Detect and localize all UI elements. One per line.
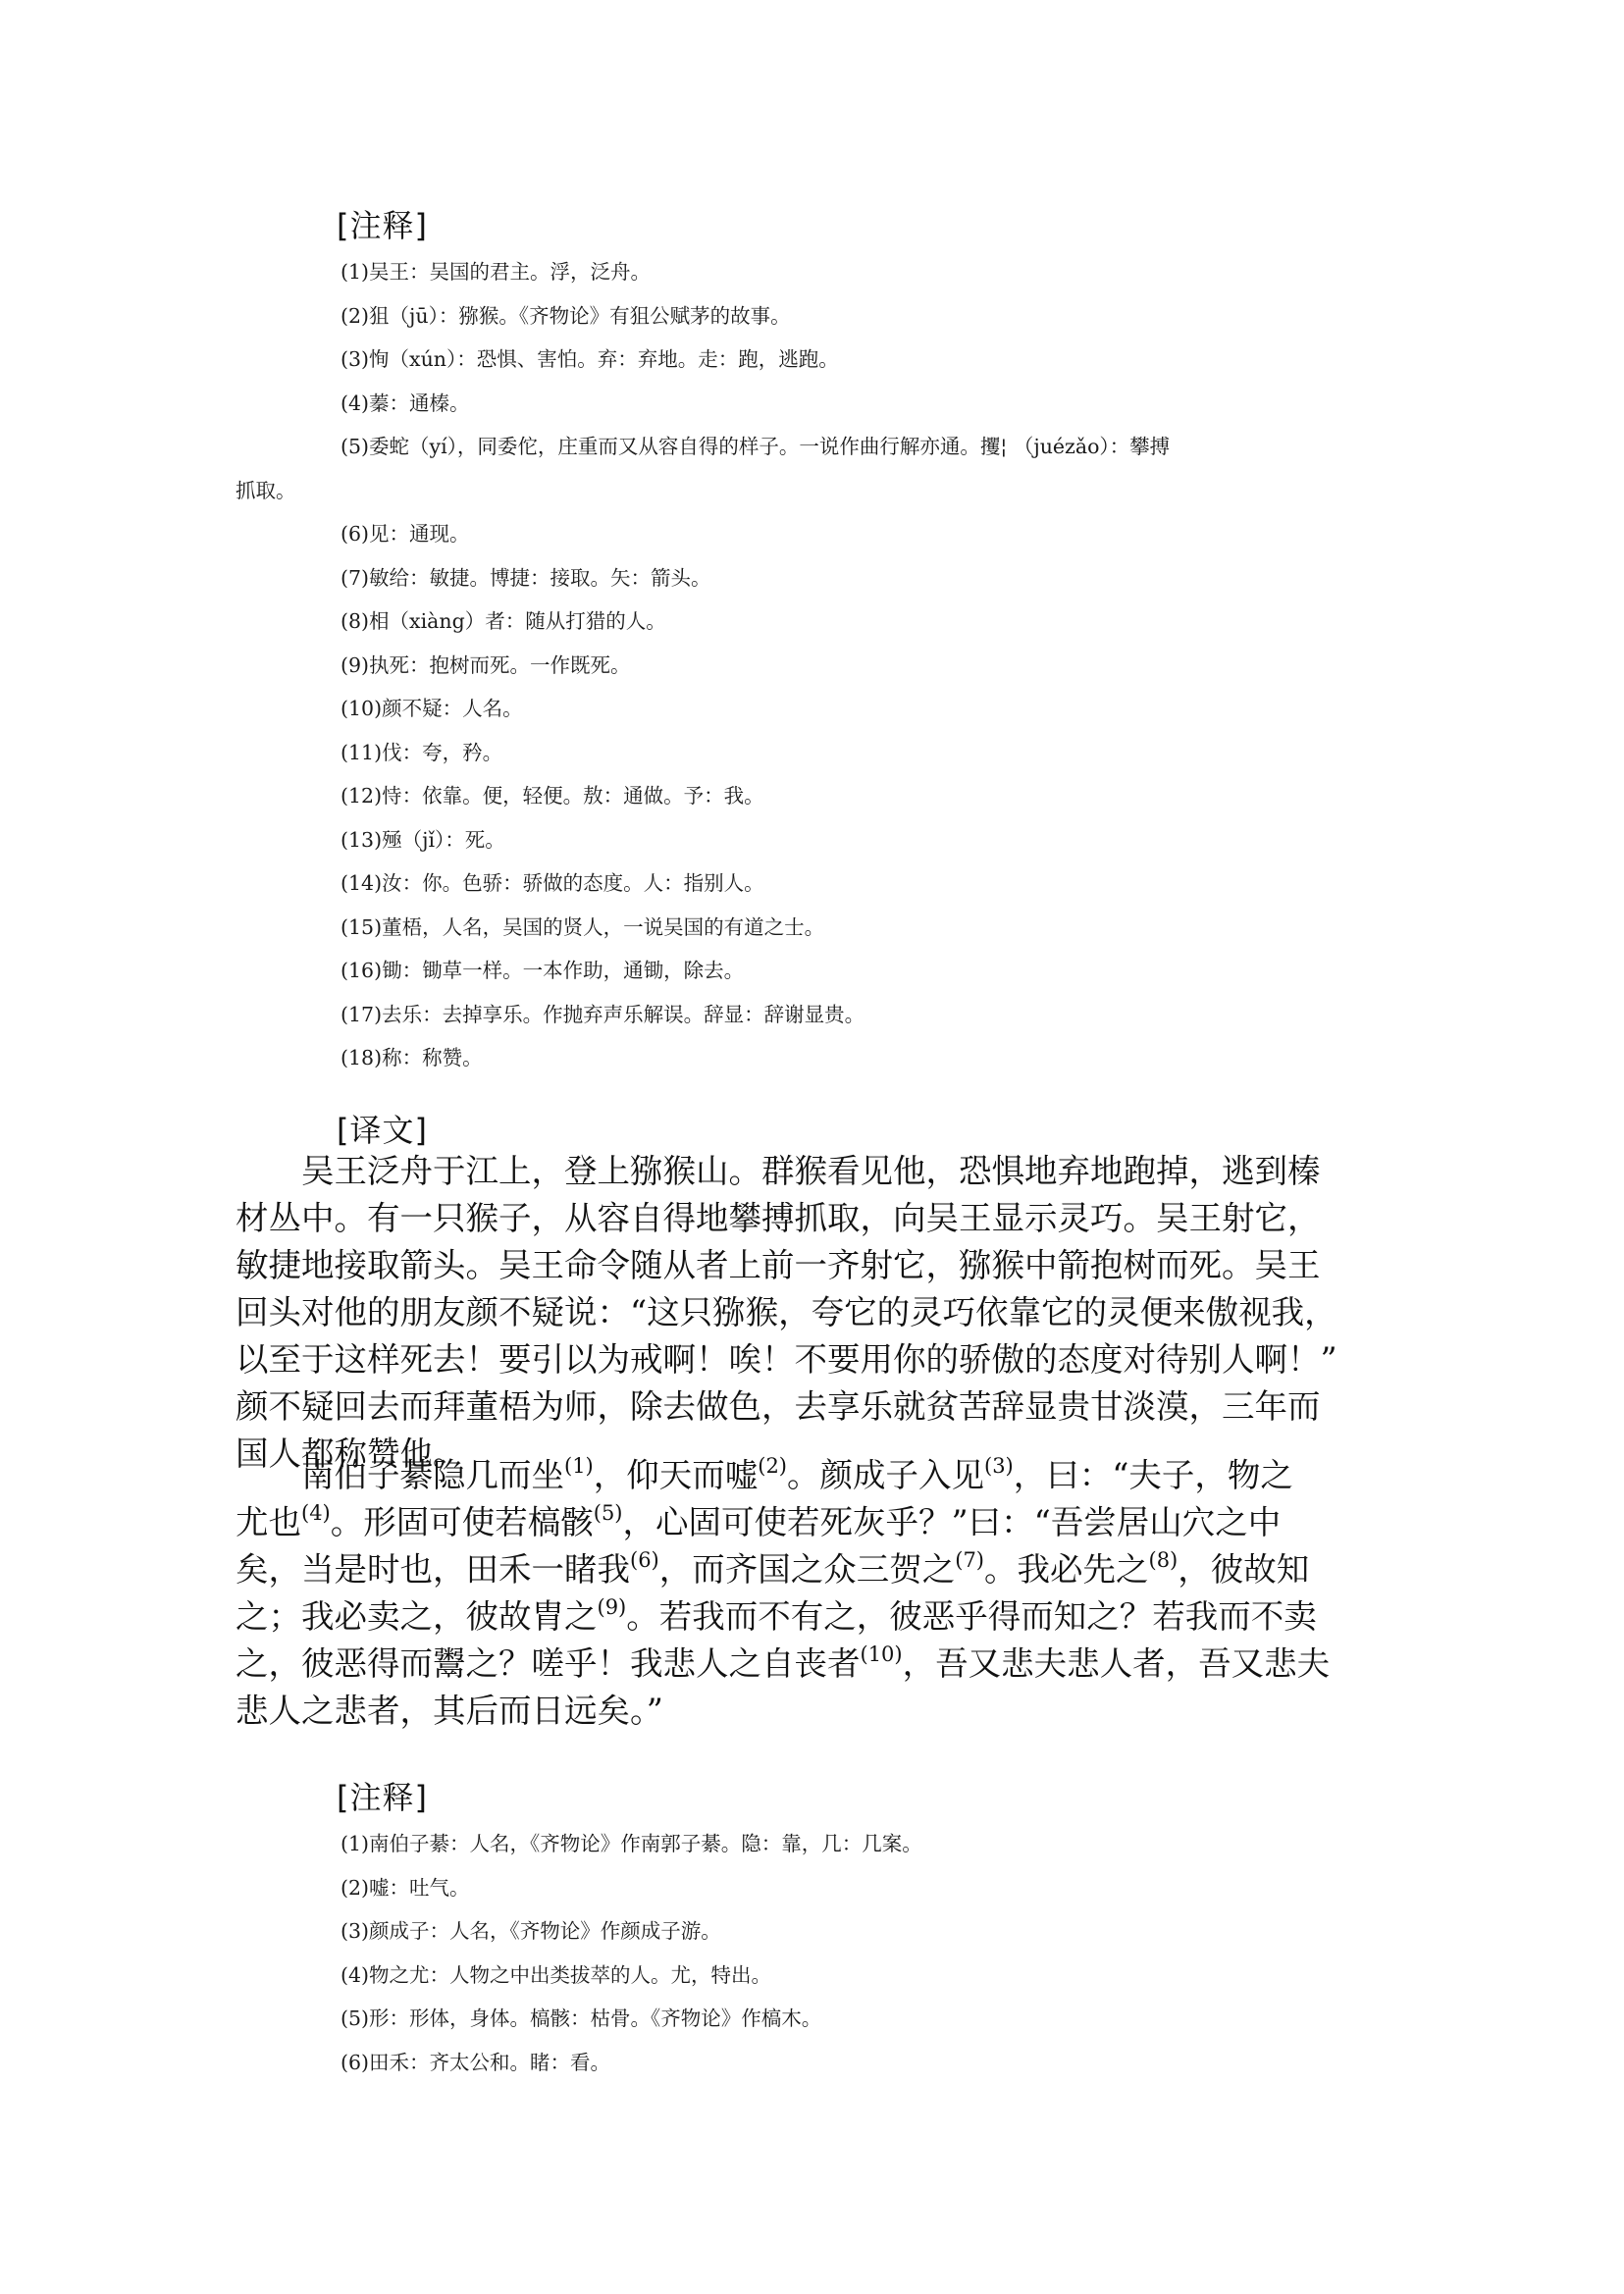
note-number: (4): [341, 391, 369, 415]
text-run: 。我必先之: [984, 1550, 1149, 1589]
text-run: 。形固可使若槁骸: [331, 1503, 594, 1541]
note-item: (4)蓁：通榛。: [236, 382, 1364, 426]
footnote-ref: (2): [758, 1454, 787, 1478]
translation-line: 敏捷地接取箭头。吴王命令随从者上前一齐射它，猕猴中箭抱树而死。吴王: [236, 1242, 1374, 1289]
note-item: (15)董梧，人名，吴国的贤人，一说吴国的有道之士。: [236, 906, 1364, 950]
note-number: (3): [341, 1919, 369, 1943]
note-number: (1): [341, 260, 369, 284]
footnote-ref: (10): [861, 1642, 903, 1666]
original-line: 之；我必卖之，彼故胄之(9)。若我而不有之，彼恶乎得而知之？若我而不卖: [236, 1593, 1374, 1641]
note-text: 吴王：吴国的君主。浮，泛舟。: [369, 260, 651, 284]
note-item: (9)执死：抱树而死。一作既死。: [236, 644, 1364, 688]
note-item: (6)田禾：齐太公和。睹：看。: [236, 2041, 1364, 2085]
note-number: (6): [341, 2051, 369, 2074]
note-text: 委蛇（yí），同委佗，庄重而又从容自得的样子。一说作曲行解亦通。攫¦ （juéz…: [369, 435, 1170, 458]
note-item: (5)委蛇（yí），同委佗，庄重而又从容自得的样子。一说作曲行解亦通。攫¦ （j…: [236, 425, 1364, 512]
text-run: 悲人之悲者，其后而日远矣。”: [236, 1692, 663, 1730]
note-item: (1)吴王：吴国的君主。浮，泛舟。: [236, 250, 1364, 294]
text-run: 矣，当是时也，田禾一睹我: [236, 1550, 630, 1589]
text-run: 。颜成子入见: [787, 1456, 984, 1494]
note-number: (11): [341, 741, 382, 764]
note-number: (5): [341, 2007, 369, 2030]
note-text: 物之尤：人物之中出类拔萃的人。尤，特出。: [369, 1963, 771, 1987]
original-line: 之，彼恶得而鬻之？嗟乎！我悲人之自丧者(10)，吾又悲夫悲人者，吾又悲夫: [236, 1641, 1374, 1688]
note-item: (13)殛（jǐ）：死。: [236, 818, 1364, 862]
translation-paragraph: 吴王泛舟于江上，登上猕猴山。群猴看见他，恐惧地弃地跑掉，逃到榛 材丛中。有一只猴…: [236, 1148, 1374, 1478]
note-item: (10)颜不疑：人名。: [236, 687, 1364, 731]
note-number: (17): [341, 1003, 382, 1026]
note-number: (13): [341, 828, 382, 852]
text-run: 。若我而不有之，彼恶乎得而知之？若我而不卖: [626, 1597, 1317, 1636]
note-text: 汝：你。色骄：骄做的态度。人：指别人。: [382, 871, 764, 895]
note-text: 恃：依靠。便，轻便。敖：通做。予：我。: [382, 784, 764, 808]
note-text: 田禾：齐太公和。睹：看。: [369, 2051, 610, 2074]
note-item: (3)颜成子：人名，《齐物论》作颜成子游。: [236, 1909, 1364, 1954]
note-item: (4)物之尤：人物之中出类拔萃的人。尤，特出。: [236, 1954, 1364, 1998]
note-text: 恂（xún）：恐惧、害怕。弃：弃地。走：跑，逃跑。: [369, 347, 839, 371]
note-item: (12)恃：依靠。便，轻便。敖：通做。予：我。: [236, 774, 1364, 818]
note-text: 敏给：敏捷。博捷：接取。矢：箭头。: [369, 566, 711, 590]
footnote-ref: (5): [594, 1501, 623, 1525]
note-text: 狙（jū）：猕猴。《齐物论》有狙公赋茅的故事。: [369, 304, 791, 328]
note-text: 颜不疑：人名。: [382, 697, 523, 720]
note-number: (1): [341, 1832, 369, 1855]
note-item: (16)锄：锄草一样。一本作助，通锄，除去。: [236, 949, 1364, 993]
note-text: 相（xiàng）者：随从打猎的人。: [369, 609, 666, 633]
notes-heading-2: [注释]: [337, 1773, 428, 1818]
note-text: 见：通现。: [369, 522, 470, 546]
note-text: 称：称赞。: [382, 1046, 483, 1069]
translation-line: 吴王泛舟于江上，登上猕猴山。群猴看见他，恐惧地弃地跑掉，逃到榛: [236, 1148, 1374, 1195]
note-number: (10): [341, 697, 382, 720]
document-page: [注释] (1)吴王：吴国的君主。浮，泛舟。 (2)狙（jū）：猕猴。《齐物论》…: [0, 0, 1624, 2294]
notes-list-2: (1)南伯子綦：人名，《齐物论》作南郭子綦。隐：靠，几：几案。 (2)嘘：吐气。…: [236, 1822, 1364, 2084]
note-number: (3): [341, 347, 369, 371]
note-number: (5): [341, 435, 369, 458]
note-number: (14): [341, 871, 382, 895]
original-line: 悲人之悲者，其后而日远矣。”: [236, 1688, 1374, 1735]
note-number: (4): [341, 1963, 369, 1987]
text-run: 之，彼恶得而鬻之？嗟乎！我悲人之自丧者: [236, 1644, 861, 1683]
footnote-ref: (1): [564, 1454, 594, 1478]
note-item: (17)去乐：去掉享乐。作抛弃声乐解误。辞显：辞谢显贵。: [236, 993, 1364, 1037]
note-text: 形：形体，身体。槁骸：枯骨。《齐物论》作槁木。: [369, 2007, 821, 2030]
text-run: 南伯子綦隐几而坐: [301, 1456, 564, 1494]
text-run: ，彼故知: [1178, 1550, 1309, 1589]
note-number: (9): [341, 653, 369, 677]
translation-line: 回头对他的朋友颜不疑说：“这只猕猴，夸它的灵巧依靠它的灵便来傲视我，: [236, 1289, 1374, 1336]
note-item: (2)狙（jū）：猕猴。《齐物论》有狙公赋茅的故事。: [236, 294, 1364, 339]
note-text: 蓁：通榛。: [369, 391, 470, 415]
note-text: 颜成子：人名，《齐物论》作颜成子游。: [369, 1919, 721, 1943]
original-line: 南伯子綦隐几而坐(1)，仰天而嘘(2)。颜成子入见(3)，曰：“夫子，物之: [236, 1452, 1374, 1499]
translation-line: 颜不疑回去而拜董梧为师，除去做色，去享乐就贫苦辞显贵甘淡漠，三年而: [236, 1383, 1374, 1431]
note-text: 去乐：去掉享乐。作抛弃声乐解误。辞显：辞谢显贵。: [382, 1003, 864, 1026]
note-number: (8): [341, 609, 369, 633]
footnote-ref: (7): [955, 1548, 984, 1572]
note-text: 南伯子綦：人名，《齐物论》作南郭子綦。隐：靠，几：几案。: [369, 1832, 922, 1855]
note-item: (3)恂（xún）：恐惧、害怕。弃：弃地。走：跑，逃跑。: [236, 338, 1364, 382]
note-number: (16): [341, 959, 382, 982]
footnote-ref: (8): [1149, 1548, 1179, 1572]
note-item: (14)汝：你。色骄：骄做的态度。人：指别人。: [236, 861, 1364, 906]
note-number: (12): [341, 784, 382, 808]
note-number: (2): [341, 1876, 369, 1900]
note-number: (2): [341, 304, 369, 328]
footnote-ref: (3): [984, 1454, 1014, 1478]
note-text: 殛（jǐ）：死。: [382, 828, 505, 852]
note-item: (1)南伯子綦：人名，《齐物论》作南郭子綦。隐：靠，几：几案。: [236, 1822, 1364, 1866]
text-run: 尤也: [236, 1503, 301, 1541]
text-run: ，心固可使若死灰乎？”曰：“吾尝居山穴之中: [623, 1503, 1282, 1541]
footnote-ref: (6): [630, 1548, 659, 1572]
note-text: 董梧，人名，吴国的贤人，一说吴国的有道之士。: [382, 915, 824, 939]
translation-line: 以至于这样死去！要引以为戒啊！唉！不要用你的骄傲的态度对待别人啊！”: [236, 1336, 1374, 1383]
text-run: ，吾又悲夫悲人者，吾又悲夫: [903, 1644, 1331, 1683]
note-text: 执死：抱树而死。一作既死。: [369, 653, 631, 677]
notes-heading-1: [注释]: [337, 201, 428, 246]
note-first-line: (5)委蛇（yí），同委佗，庄重而又从容自得的样子。一说作曲行解亦通。攫¦ （j…: [341, 425, 1364, 469]
notes-list-1: (1)吴王：吴国的君主。浮，泛舟。 (2)狙（jū）：猕猴。《齐物论》有狙公赋茅…: [236, 250, 1364, 1080]
note-text: 嘘：吐气。: [369, 1876, 470, 1900]
text-run: ，而齐国之众三贺之: [659, 1550, 956, 1589]
note-item: (8)相（xiàng）者：随从打猎的人。: [236, 600, 1364, 644]
text-run: ，仰天而嘘: [594, 1456, 759, 1494]
footnote-ref: (4): [301, 1501, 331, 1525]
original-text-paragraph: 南伯子綦隐几而坐(1)，仰天而嘘(2)。颜成子入见(3)，曰：“夫子，物之 尤也…: [236, 1452, 1374, 1735]
note-number: (15): [341, 915, 382, 939]
translation-line: 材丛中。有一只猴子，从容自得地攀搏抓取，向吴王显示灵巧。吴王射它，: [236, 1195, 1374, 1242]
note-item: (6)见：通现。: [236, 512, 1364, 556]
note-item: (5)形：形体，身体。槁骸：枯骨。《齐物论》作槁木。: [236, 1997, 1364, 2041]
note-continuation: 抓取。: [236, 469, 1364, 513]
original-line: 尤也(4)。形固可使若槁骸(5)，心固可使若死灰乎？”曰：“吾尝居山穴之中: [236, 1499, 1374, 1546]
note-item: (11)伐：夸，矜。: [236, 731, 1364, 775]
note-number: (18): [341, 1046, 382, 1069]
original-line: 矣，当是时也，田禾一睹我(6)，而齐国之众三贺之(7)。我必先之(8)，彼故知: [236, 1546, 1374, 1593]
note-text: 锄：锄草一样。一本作助，通锄，除去。: [382, 959, 744, 982]
note-text: 伐：夸，矜。: [382, 741, 502, 764]
note-item: (2)嘘：吐气。: [236, 1866, 1364, 1910]
note-item: (18)称：称赞。: [236, 1036, 1364, 1080]
footnote-ref: (9): [598, 1595, 627, 1619]
text-run: 之；我必卖之，彼故胄之: [236, 1597, 598, 1636]
translation-heading: [译文]: [337, 1106, 428, 1151]
note-number: (7): [341, 566, 369, 590]
note-number: (6): [341, 522, 369, 546]
text-run: ，曰：“夫子，物之: [1014, 1456, 1293, 1494]
note-item: (7)敏给：敏捷。博捷：接取。矢：箭头。: [236, 556, 1364, 600]
